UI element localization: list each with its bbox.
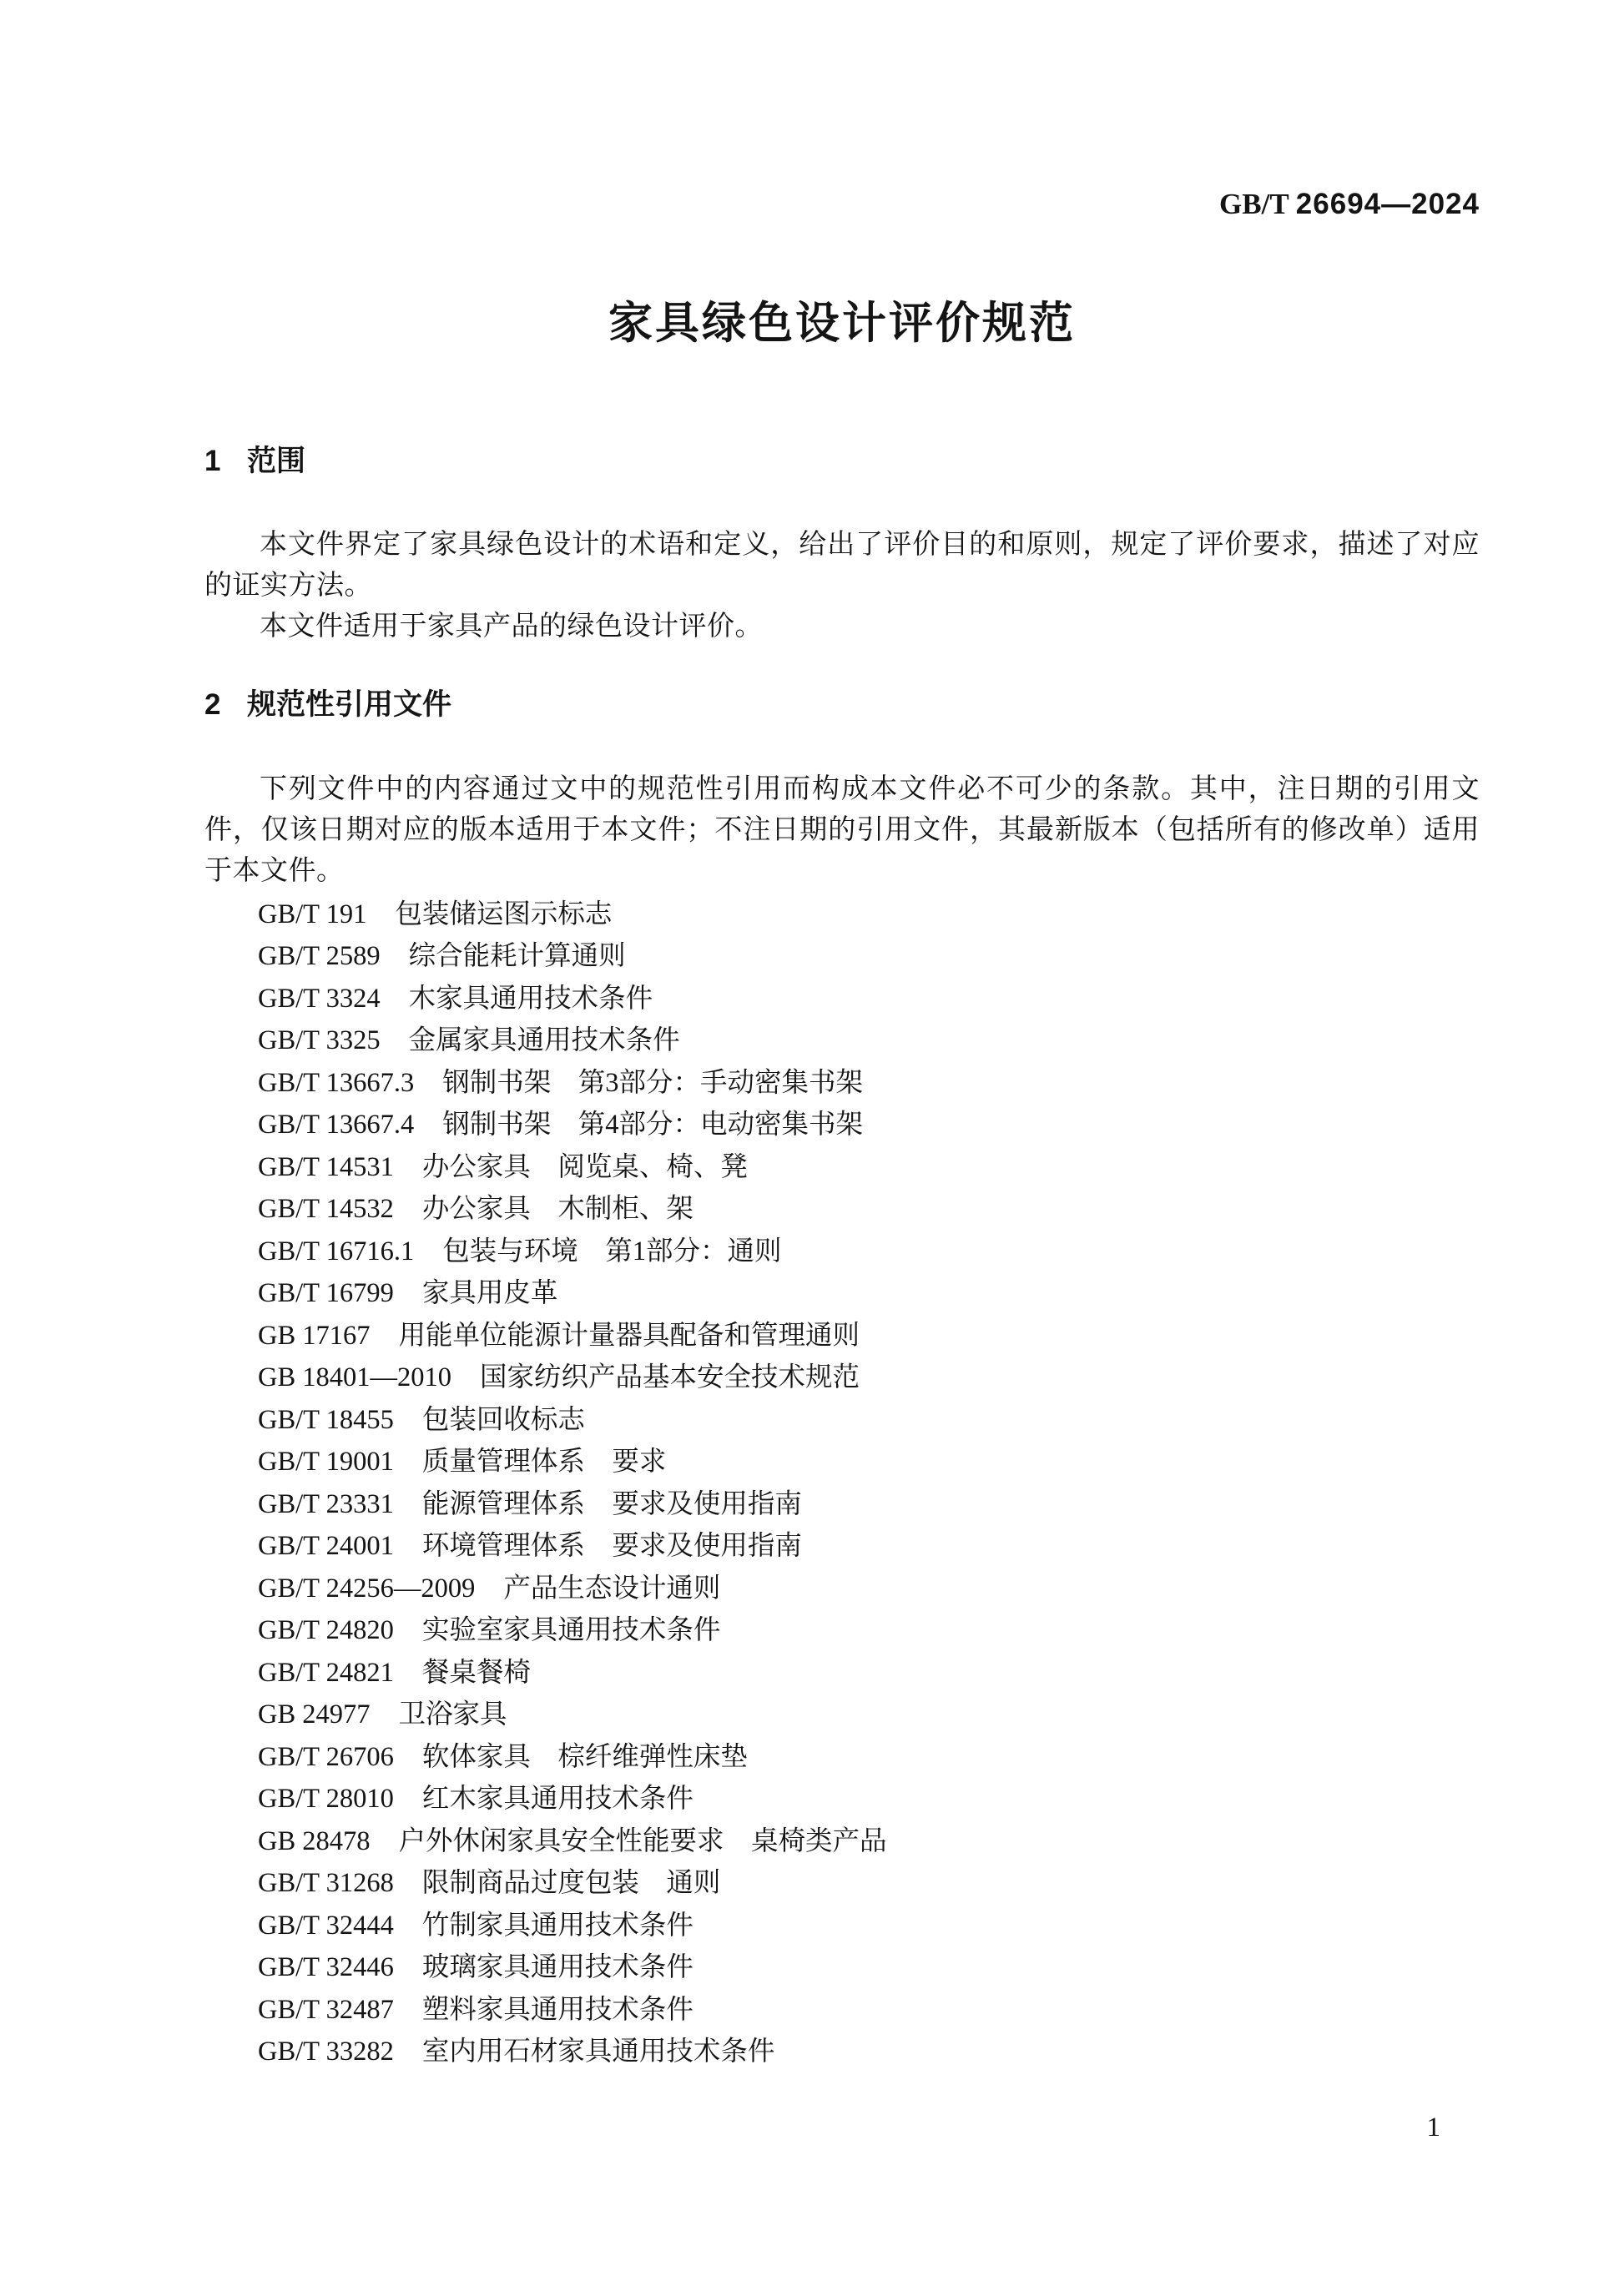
reference-code: GB/T 31268 xyxy=(258,1862,394,1905)
reference-code: GB 18401—2010 xyxy=(258,1357,451,1399)
reference-code: GB 24977 xyxy=(258,1694,371,1736)
reference-item: GB/T 3325金属家具通用技术条件 xyxy=(258,1020,1480,1062)
section-scope-heading: 1范围 xyxy=(204,442,1480,481)
reference-title: 钢制书架 第3部分：手动密集书架 xyxy=(442,1068,863,1098)
section-scope-number: 1 xyxy=(204,442,220,481)
reference-code: GB/T 24256—2009 xyxy=(258,1568,475,1610)
reference-code: GB/T 19001 xyxy=(258,1441,394,1483)
reference-item: GB 17167用能单位能源计量器具配备和管理通则 xyxy=(258,1315,1480,1357)
reference-code: GB/T 16716.1 xyxy=(258,1231,414,1273)
section-references-heading: 2规范性引用文件 xyxy=(204,686,1480,724)
reference-code: GB/T 14532 xyxy=(258,1188,394,1231)
reference-code: GB/T 13667.4 xyxy=(258,1104,414,1146)
reference-title: 限制商品过度包装 通则 xyxy=(422,1868,721,1898)
reference-title: 室内用石材家具通用技术条件 xyxy=(422,2037,775,2067)
document-page: GB/T 26694—2024 家具绿色设计评价规范 1范围 本文件界定了家具绿… xyxy=(0,0,1624,2296)
reference-title: 能源管理体系 要求及使用指南 xyxy=(422,1489,802,1519)
reference-item: GB/T 26706软体家具 棕纤维弹性床垫 xyxy=(258,1736,1480,1779)
page-content: GB/T 26694—2024 家具绿色设计评价规范 1范围 本文件界定了家具绿… xyxy=(0,0,1624,2073)
reference-title: 国家纺织产品基本安全技术规范 xyxy=(480,1362,860,1392)
reference-item: GB/T 18455包装回收标志 xyxy=(258,1399,1480,1442)
reference-item: GB 24977卫浴家具 xyxy=(258,1694,1480,1736)
reference-code: GB/T 23331 xyxy=(258,1483,394,1526)
reference-title: 钢制书架 第4部分：电动密集书架 xyxy=(442,1110,863,1140)
reference-title: 户外休闲家具安全性能要求 桌椅类产品 xyxy=(399,1826,887,1856)
reference-item: GB/T 32444竹制家具通用技术条件 xyxy=(258,1905,1480,1947)
reference-item: GB/T 14532办公家具 木制柜、架 xyxy=(258,1188,1480,1231)
reference-title: 家具用皮革 xyxy=(422,1278,558,1308)
paragraph: 本文件界定了家具绿色设计的术语和定义，给出了评价目的和原则，规定了评价要求，描述… xyxy=(204,525,1480,607)
reference-item: GB/T 32446玻璃家具通用技术条件 xyxy=(258,1946,1480,1989)
reference-title: 产品生态设计通则 xyxy=(503,1573,720,1604)
reference-title: 木家具通用技术条件 xyxy=(409,984,653,1014)
reference-title: 红木家具通用技术条件 xyxy=(422,1784,693,1814)
reference-item: GB/T 32487塑料家具通用技术条件 xyxy=(258,1989,1480,2032)
reference-code: GB/T 26706 xyxy=(258,1736,394,1779)
reference-code: GB/T 33282 xyxy=(258,2031,394,2073)
paragraph: 本文件适用于家具产品的绿色设计评价。 xyxy=(204,607,1480,647)
reference-item: GB/T 33282室内用石材家具通用技术条件 xyxy=(258,2031,1480,2073)
reference-code: GB/T 32444 xyxy=(258,1905,394,1947)
standard-code-number: 26694—2024 xyxy=(1296,188,1480,220)
reference-code: GB/T 32446 xyxy=(258,1946,394,1989)
reference-title: 玻璃家具通用技术条件 xyxy=(422,1952,693,1982)
reference-title: 环境管理体系 要求及使用指南 xyxy=(422,1531,802,1561)
reference-code: GB 28478 xyxy=(258,1820,371,1863)
reference-code: GB/T 16799 xyxy=(258,1272,394,1315)
reference-item: GB/T 191包装储运图示标志 xyxy=(258,894,1480,936)
reference-title: 软体家具 棕纤维弹性床垫 xyxy=(422,1742,748,1772)
reference-title: 包装回收标志 xyxy=(422,1405,585,1435)
section-scope-paragraphs: 本文件界定了家具绿色设计的术语和定义，给出了评价目的和原则，规定了评价要求，描述… xyxy=(204,525,1480,647)
section-normative-references: 2规范性引用文件 下列文件中的内容通过文中的规范性引用而构成本文件必不可少的条款… xyxy=(204,686,1480,2073)
reference-item: GB/T 24001环境管理体系 要求及使用指南 xyxy=(258,1525,1480,1568)
reference-item: GB/T 14531办公家具 阅览桌、椅、凳 xyxy=(258,1146,1480,1189)
standard-code: GB/T 26694—2024 xyxy=(204,0,1480,222)
reference-title: 包装与环境 第1部分：通则 xyxy=(442,1236,781,1266)
reference-code: GB/T 191 xyxy=(258,894,366,936)
reference-code: GB/T 24821 xyxy=(258,1652,394,1694)
standard-code-prefix: GB/T xyxy=(1219,188,1296,220)
reference-list: GB/T 191包装储运图示标志GB/T 2589综合能耗计算通则GB/T 33… xyxy=(204,894,1480,2073)
reference-code: GB/T 32487 xyxy=(258,1989,394,2032)
reference-item: GB/T 2589综合能耗计算通则 xyxy=(258,935,1480,978)
reference-item: GB/T 16716.1包装与环境 第1部分：通则 xyxy=(258,1231,1480,1273)
reference-title: 卫浴家具 xyxy=(399,1699,507,1730)
reference-code: GB/T 13667.3 xyxy=(258,1062,414,1105)
section-references-number: 2 xyxy=(204,686,220,724)
reference-title: 塑料家具通用技术条件 xyxy=(422,1995,693,2025)
reference-code: GB/T 3325 xyxy=(258,1020,381,1062)
reference-title: 实验室家具通用技术条件 xyxy=(422,1615,721,1645)
reference-code: GB/T 24001 xyxy=(258,1525,394,1568)
reference-code: GB/T 14531 xyxy=(258,1146,394,1189)
reference-item: GB/T 23331能源管理体系 要求及使用指南 xyxy=(258,1483,1480,1526)
reference-item: GB/T 19001质量管理体系 要求 xyxy=(258,1441,1480,1483)
reference-item: GB 18401—2010国家纺织产品基本安全技术规范 xyxy=(258,1357,1480,1399)
reference-code: GB 17167 xyxy=(258,1315,371,1357)
reference-item: GB/T 24821餐桌餐椅 xyxy=(258,1652,1480,1694)
reference-item: GB/T 3324木家具通用技术条件 xyxy=(258,978,1480,1020)
reference-code: GB/T 2589 xyxy=(258,935,381,978)
paragraph: 下列文件中的内容通过文中的规范性引用而构成本文件必不可少的条款。其中，注日期的引… xyxy=(204,769,1480,892)
page-number: 1 xyxy=(1427,2112,1441,2142)
reference-item: GB/T 13667.3钢制书架 第3部分：手动密集书架 xyxy=(258,1062,1480,1105)
reference-code: GB/T 3324 xyxy=(258,978,381,1020)
reference-item: GB/T 13667.4钢制书架 第4部分：电动密集书架 xyxy=(258,1104,1480,1146)
reference-item: GB/T 28010红木家具通用技术条件 xyxy=(258,1778,1480,1820)
reference-item: GB/T 24820实验室家具通用技术条件 xyxy=(258,1609,1480,1652)
reference-title: 金属家具通用技术条件 xyxy=(409,1025,680,1055)
reference-item: GB/T 16799家具用皮革 xyxy=(258,1272,1480,1315)
document-title: 家具绿色设计评价规范 xyxy=(204,297,1480,350)
reference-title: 餐桌餐椅 xyxy=(422,1658,531,1688)
reference-title: 综合能耗计算通则 xyxy=(409,941,626,971)
reference-code: GB/T 28010 xyxy=(258,1778,394,1820)
section-references-paragraphs: 下列文件中的内容通过文中的规范性引用而构成本文件必不可少的条款。其中，注日期的引… xyxy=(204,769,1480,892)
reference-title: 办公家具 木制柜、架 xyxy=(422,1194,693,1224)
reference-title: 包装储运图示标志 xyxy=(395,899,612,929)
reference-title: 办公家具 阅览桌、椅、凳 xyxy=(422,1152,748,1182)
section-scope: 1范围 本文件界定了家具绿色设计的术语和定义，给出了评价目的和原则，规定了评价要… xyxy=(204,442,1480,648)
reference-title: 质量管理体系 要求 xyxy=(422,1447,667,1477)
reference-code: GB/T 18455 xyxy=(258,1399,394,1442)
reference-item: GB 28478户外休闲家具安全性能要求 桌椅类产品 xyxy=(258,1820,1480,1863)
reference-item: GB/T 24256—2009产品生态设计通则 xyxy=(258,1568,1480,1610)
section-scope-title: 范围 xyxy=(247,445,305,477)
section-references-title: 规范性引用文件 xyxy=(247,688,451,721)
reference-item: GB/T 31268限制商品过度包装 通则 xyxy=(258,1862,1480,1905)
reference-title: 用能单位能源计量器具配备和管理通则 xyxy=(399,1321,860,1351)
reference-title: 竹制家具通用技术条件 xyxy=(422,1911,693,1941)
reference-code: GB/T 24820 xyxy=(258,1609,394,1652)
